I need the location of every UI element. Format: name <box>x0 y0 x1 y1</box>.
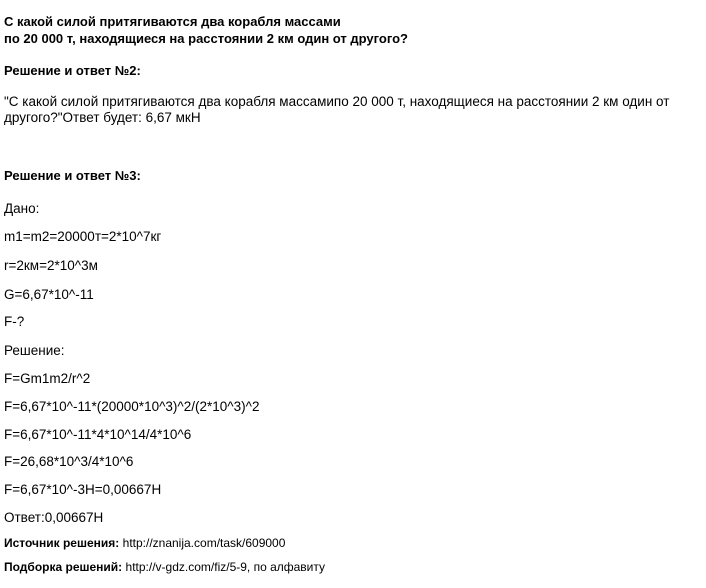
solution-line: r=2км=2*10^3м <box>4 258 98 273</box>
source-link[interactable]: http://znanija.com/task/609000 <box>123 536 286 550</box>
solution-line: F=Gm1m2/r^2 <box>4 371 90 386</box>
solution-line: F=6,67*10^-11*(20000*10^3)^2/(2*10^3)^2 <box>4 399 259 414</box>
problem-title-line-1: С какой силой притягиваются два корабля … <box>4 13 408 30</box>
collection-line: Подборка решений: http://v-gdz.com/fiz/5… <box>4 560 325 574</box>
collection-label: Подборка решений: <box>4 560 122 574</box>
solution-line: F=6,67*10^-3Н=0,00667Н <box>4 482 161 497</box>
solution-line: Дано: <box>4 201 39 216</box>
solution-line: F=6,67*10^-11*4*10^14/4*10^6 <box>4 427 191 442</box>
solution-line: F=26,68*10^3/4*10^6 <box>4 454 133 469</box>
solution-line: G=6,67*10^-11 <box>4 287 94 302</box>
answer-2-text: "С какой силой притягиваются два корабля… <box>4 94 704 126</box>
answer-2-heading: Решение и ответ №2: <box>4 63 141 78</box>
problem-title: С какой силой притягиваются два корабля … <box>4 13 408 47</box>
solution-line: Решение: <box>4 343 65 358</box>
problem-title-line-2: по 20 000 т, находящиеся на расстоянии 2… <box>4 30 408 47</box>
solution-line: Ответ:0,00667Н <box>4 510 103 525</box>
answer-3-heading: Решение и ответ №3: <box>4 168 141 183</box>
source-label: Источник решения: <box>4 536 119 550</box>
solution-line: m1=m2=20000т=2*10^7кг <box>4 229 161 244</box>
source-line: Источник решения: http://znanija.com/tas… <box>4 536 285 550</box>
solution-line: F-? <box>4 314 24 329</box>
collection-link[interactable]: http://v-gdz.com/fiz/5-9, по алфавиту <box>126 560 325 574</box>
